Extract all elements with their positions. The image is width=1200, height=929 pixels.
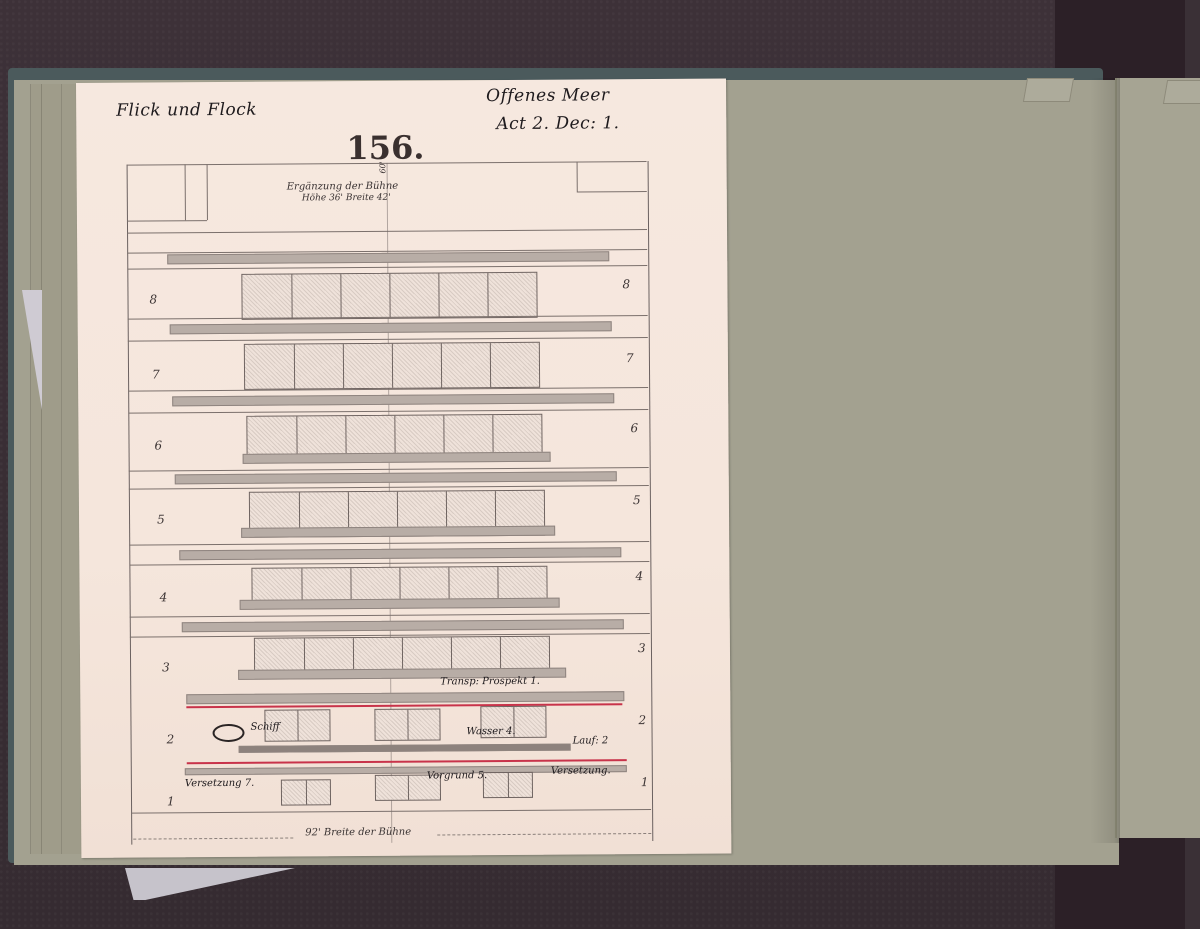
handwritten-act: Act 2. Dec: 1.	[496, 113, 619, 134]
footer-caption: 92' Breite der Bühne	[305, 827, 411, 839]
row-number: 7	[626, 351, 634, 365]
row-number: 7	[152, 367, 160, 381]
row-number: 8	[622, 277, 630, 291]
row-number: 5	[633, 493, 641, 507]
header-caption: Ergänzung der Bühne	[287, 181, 399, 193]
stage-plan-plate: Flick und Flock Offenes Meer Act 2. Dec:…	[76, 78, 731, 858]
row-number: 1	[167, 794, 175, 808]
border-bar	[243, 452, 551, 464]
annotation-vorgrund: Vorgrund 5.	[427, 770, 487, 781]
annotation-prospekt: Transp: Prospekt 1.	[440, 676, 540, 688]
row-number: 2	[167, 732, 175, 746]
album-right-leaf	[1115, 78, 1200, 838]
row-number: 3	[162, 660, 170, 674]
annotation-versetzung-right: Versetzung.	[551, 765, 611, 776]
corner-tab	[1163, 80, 1200, 104]
flat-row-1	[281, 779, 331, 805]
flat-row-1	[483, 772, 533, 798]
row-number: 4	[160, 590, 168, 604]
annotation-schiff: Schiff	[250, 722, 279, 733]
annotation-versetzung-left: Versetzung 7.	[185, 778, 254, 789]
row-number: 4	[635, 569, 643, 583]
gutter-shadow	[1090, 78, 1120, 843]
row-number: 6	[630, 421, 638, 435]
header-dimensions: Höhe 36' Breite 42'	[302, 193, 391, 204]
row-number: 1	[641, 775, 649, 789]
flat-row-4	[251, 566, 547, 602]
flat-row-3	[254, 636, 550, 672]
annotation-wasser: Wasser 4.	[467, 726, 516, 737]
row-number: 2	[638, 713, 646, 727]
corner-tab	[1023, 78, 1074, 102]
flat-row-7	[244, 342, 540, 390]
frame-line	[577, 162, 578, 192]
row-number: 6	[154, 438, 162, 452]
row-number: 3	[638, 641, 646, 655]
center-mark: 60'	[378, 161, 387, 173]
row-number: 8	[149, 292, 157, 306]
annotation-lauf: Lauf: 2	[573, 735, 609, 746]
flat-row-2	[374, 708, 440, 740]
handwritten-title-right: Offenes Meer	[486, 85, 610, 106]
row-number: 5	[157, 512, 165, 526]
flat-row-8	[241, 272, 537, 320]
handwritten-title-left: Flick und Flock	[116, 100, 257, 121]
